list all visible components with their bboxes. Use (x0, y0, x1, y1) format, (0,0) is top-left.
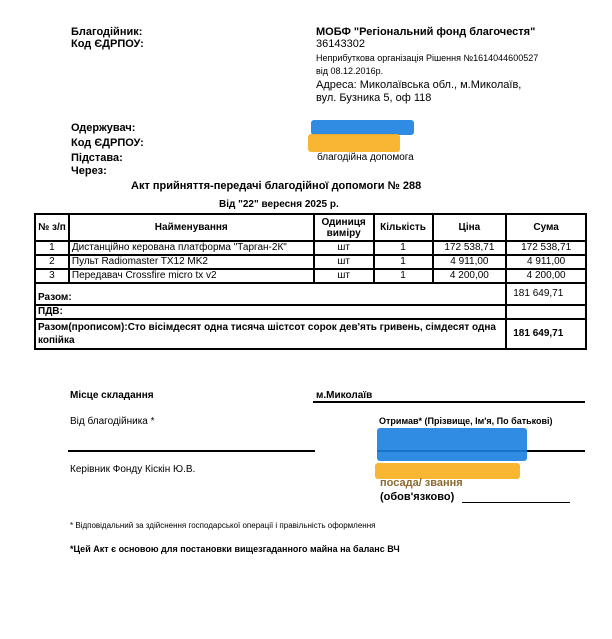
from-donor-label: Від благодійника * (70, 416, 155, 427)
footnote-1: * Відповідальний за здійснення господарс… (70, 521, 375, 530)
row-sum: 4 200,00 (506, 269, 586, 283)
fund-head: Керівник Фонду Кіскін Ю.В. (70, 464, 195, 475)
col-unit: Одиниця виміру (314, 214, 374, 241)
donor-code: 36143302 (316, 38, 365, 50)
words-total: 181 649,71 (506, 319, 586, 349)
received-label: Отримав* (Прізвище, Ім'я, По батькові) (379, 416, 553, 426)
donor-code-label: Код ЄДРПОУ: (71, 38, 144, 50)
row-name: Передавач Crossfire micro tx v2 (69, 269, 314, 283)
col-qty: Кількість (374, 214, 433, 241)
table-row: 1 Дистанційно керована платформа "Тарган… (35, 241, 586, 255)
row-unit: шт (314, 269, 374, 283)
col-price: Ціна (433, 214, 507, 241)
donor-name: МОБФ "Регіональний фонд благочестя" (316, 26, 535, 38)
required-underline (462, 502, 570, 503)
basis-value: благодійна допомога (317, 152, 414, 163)
row-unit: шт (314, 255, 374, 269)
act-date: Від "22" вересня 2025 р. (219, 199, 339, 210)
total-label: Разом: (35, 283, 506, 305)
donor-status-line1: Неприбуткова організація Рішення №161404… (316, 53, 538, 63)
col-sum: Сума (506, 214, 586, 241)
recipient-code-label: Код ЄДРПОУ: (71, 137, 144, 149)
recipient-label: Одержувач: (71, 122, 135, 134)
words-row: Разом(прописом):Сто вісімдесят одна тися… (35, 319, 586, 349)
place-underline (313, 401, 585, 403)
donor-signature-line (68, 450, 315, 452)
table-row: 2 Пульт Radiomaster TX12 MK2 шт 1 4 911,… (35, 255, 586, 269)
footnote-2: *Цей Акт є основою для постановки вищезг… (70, 544, 400, 554)
donor-address-line1: Адреса: Миколаївська обл., м.Миколаїв, (316, 79, 521, 91)
vat-value (506, 305, 586, 319)
row-price: 4 200,00 (433, 269, 507, 283)
donor-address-line2: вул. Бузника 5, оф 118 (316, 92, 431, 104)
row-num: 1 (35, 241, 69, 255)
items-table: № з/п Найменування Одиниця виміру Кількі… (34, 213, 587, 350)
vat-row: ПДВ: (35, 305, 586, 319)
row-qty: 1 (374, 269, 433, 283)
recipient-code-redaction (308, 134, 400, 152)
donor-label: Благодійник: (71, 26, 142, 38)
basis-label: Підстава: (71, 152, 123, 164)
position-label: посада/ звання (380, 477, 463, 489)
act-title: Акт прийняття-передачі благодійної допом… (131, 180, 421, 192)
row-num: 3 (35, 269, 69, 283)
table-row: 3 Передавач Crossfire micro tx v2 шт 1 4… (35, 269, 586, 283)
row-sum: 4 911,00 (506, 255, 586, 269)
row-name: Пульт Radiomaster TX12 MK2 (69, 255, 314, 269)
col-name: Найменування (69, 214, 314, 241)
row-sum: 172 538,71 (506, 241, 586, 255)
table-header-row: № з/п Найменування Одиниця виміру Кількі… (35, 214, 586, 241)
recipient-name-redaction (377, 428, 527, 461)
total-value: 181 649,71 (506, 283, 586, 305)
row-qty: 1 (374, 255, 433, 269)
place-label: Місце складання (70, 390, 154, 401)
words-label: Разом(прописом):Сто вісімдесят одна тися… (35, 319, 506, 349)
required-label: (обов'язково) (380, 491, 454, 503)
row-unit: шт (314, 241, 374, 255)
vat-label: ПДВ: (35, 305, 506, 319)
donor-status-line2: від 08.12.2016р. (316, 66, 383, 76)
total-row: Разом: 181 649,71 (35, 283, 586, 305)
via-label: Через: (71, 165, 107, 177)
place-value: м.Миколаїв (316, 390, 372, 401)
row-price: 172 538,71 (433, 241, 507, 255)
row-price: 4 911,00 (433, 255, 507, 269)
row-name: Дистанційно керована платформа "Тарган-2… (69, 241, 314, 255)
row-num: 2 (35, 255, 69, 269)
recipient-redaction (311, 120, 414, 135)
col-num: № з/п (35, 214, 69, 241)
row-qty: 1 (374, 241, 433, 255)
